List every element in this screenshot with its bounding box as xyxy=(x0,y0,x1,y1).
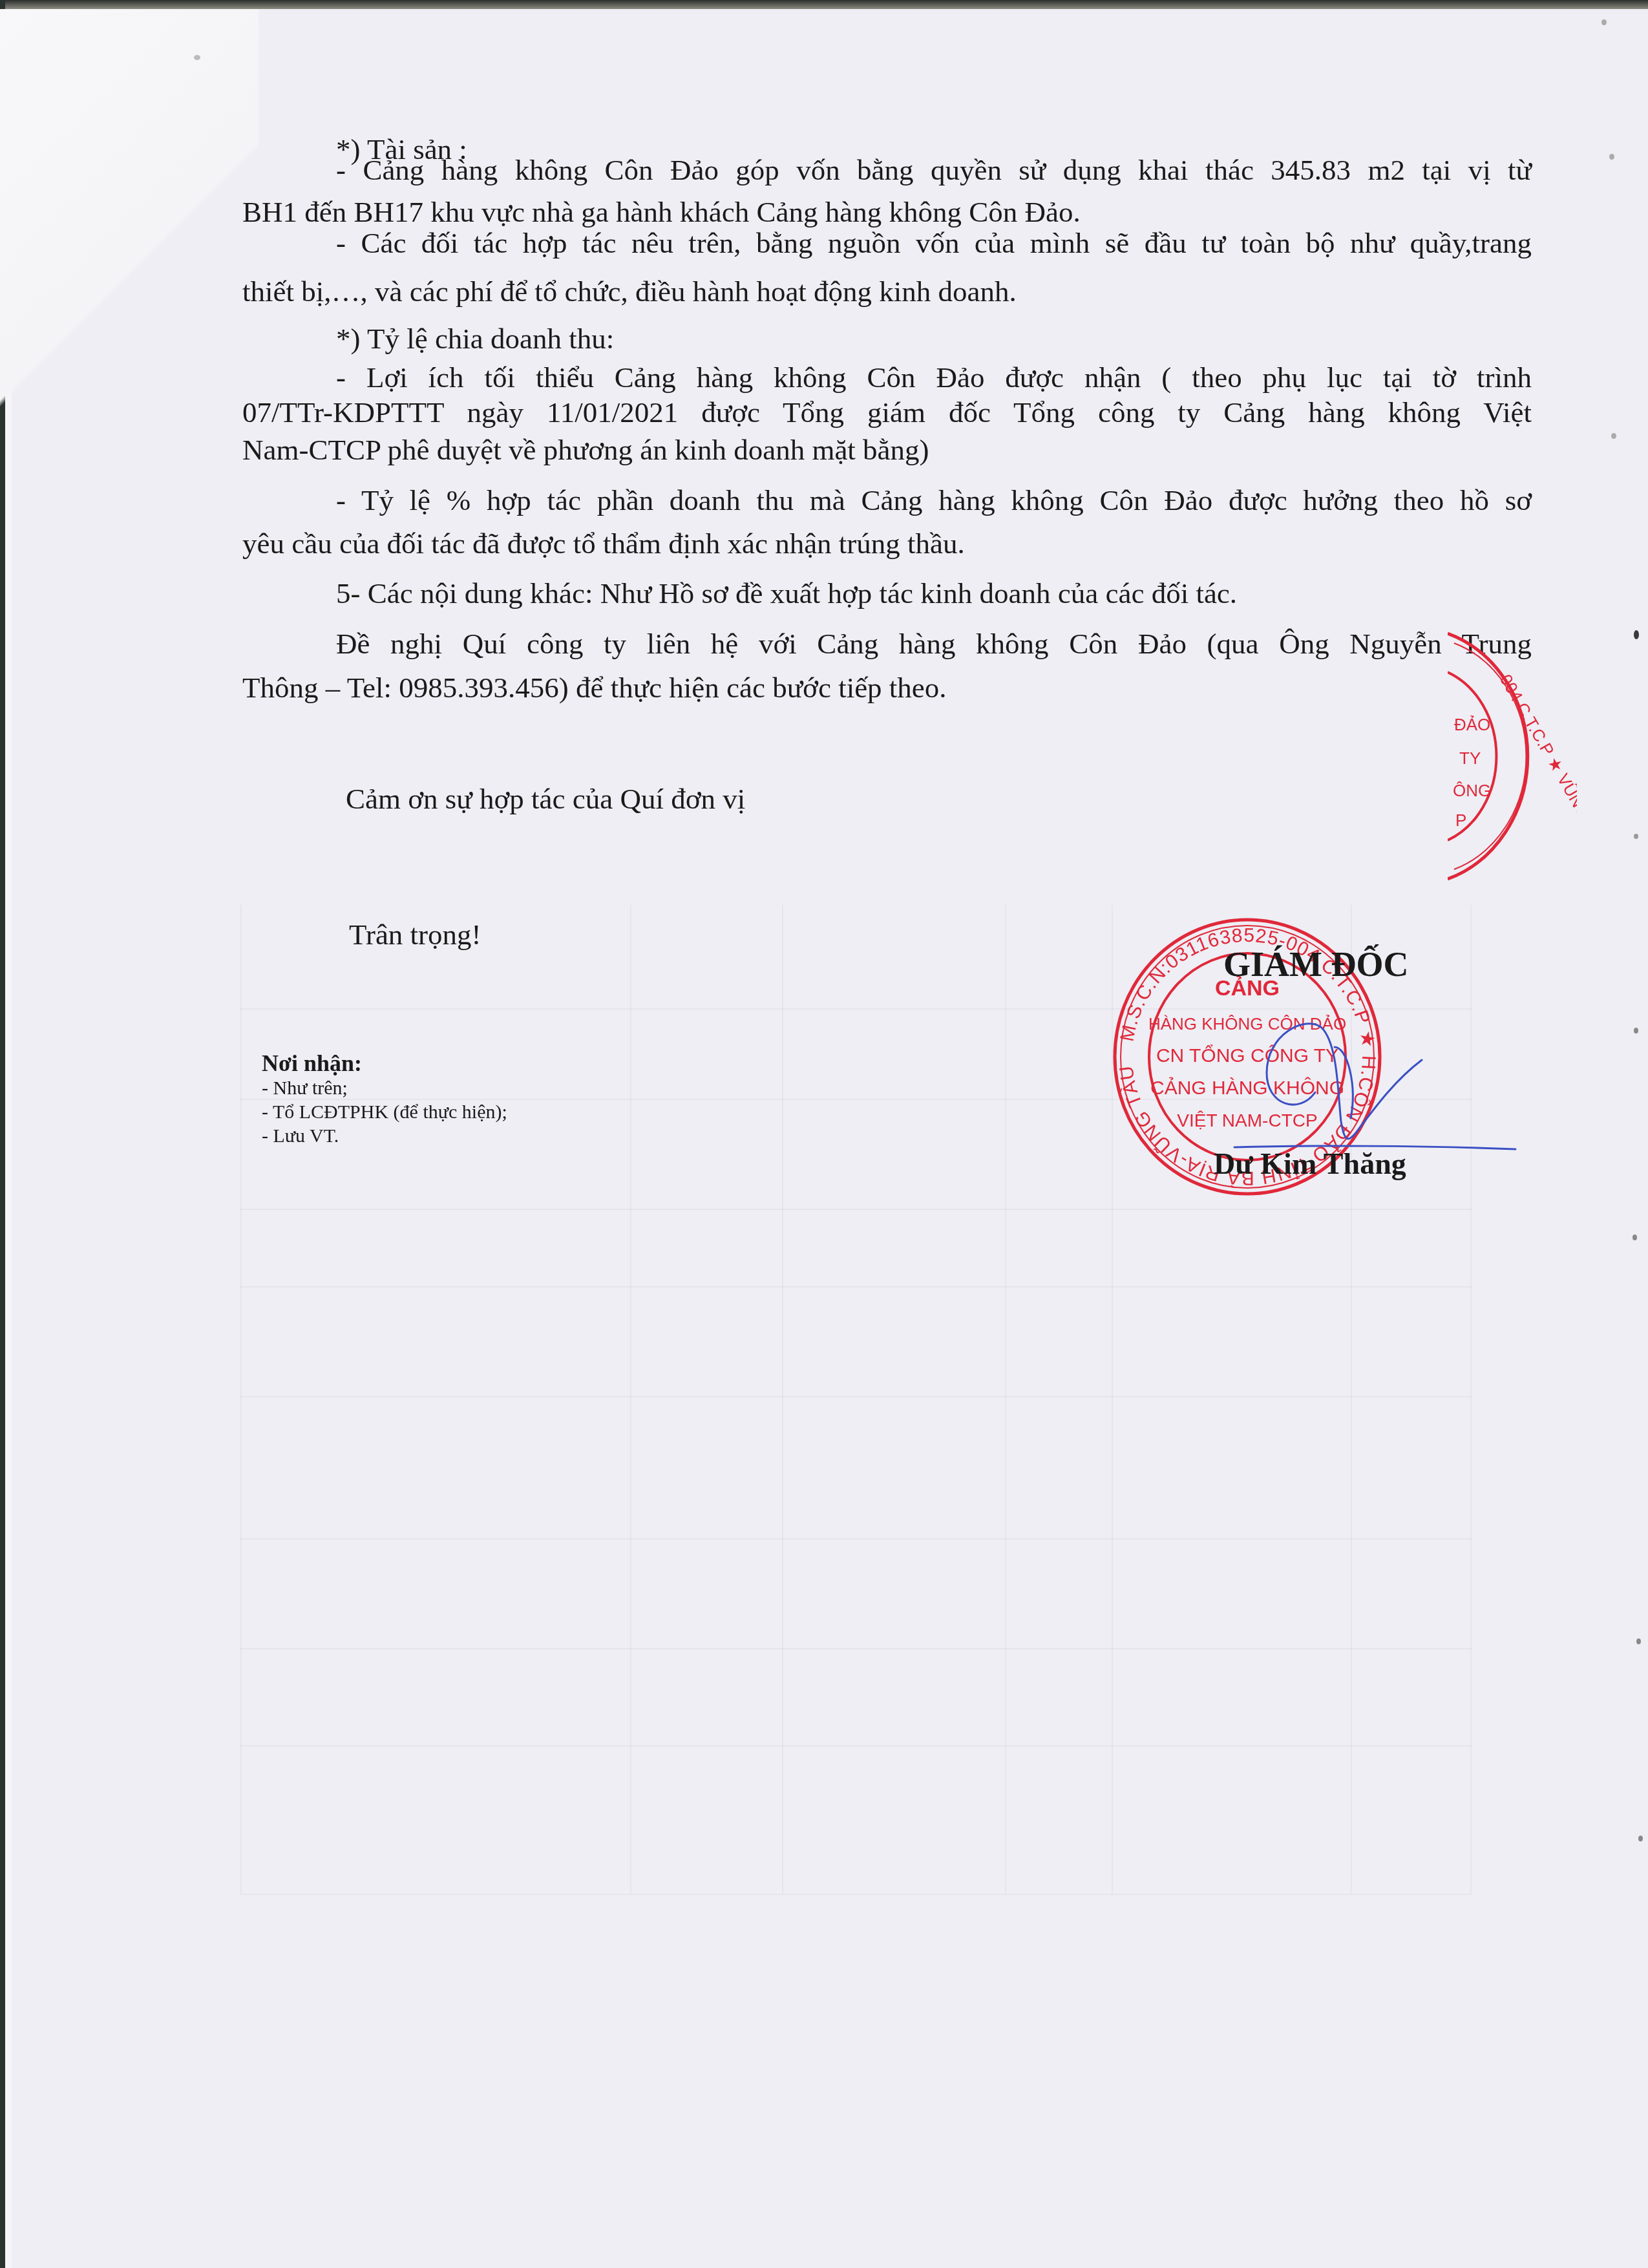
recipient-item: - Lưu VT. xyxy=(262,1124,507,1148)
seal-fragment: TY xyxy=(1459,748,1481,768)
scan-speck xyxy=(1601,19,1607,25)
scan-speck xyxy=(1634,630,1639,639)
scan-speck xyxy=(194,55,200,60)
assets-item-2-line-1: - Các đối tác hợp tác nêu trên, bằng ngu… xyxy=(336,226,1532,260)
paper-fold-shadow xyxy=(0,9,259,461)
scan-speck xyxy=(1611,433,1616,439)
revenue-item-1-line-2: 07/TTr-KDPTTT ngày 11/01/2021 được Tổng … xyxy=(242,396,1532,429)
scan-speck xyxy=(1634,1028,1638,1033)
assets-item-1-line-1: - Cảng hàng không Côn Đảo góp vốn bằng q… xyxy=(336,153,1532,187)
signatory-name: Dư Kim Thăng xyxy=(1214,1147,1406,1181)
scan-speck xyxy=(1609,154,1614,160)
other-content: 5- Các nội dung khác: Như Hồ sơ đề xuất … xyxy=(336,577,1237,610)
revenue-item-1-line-3: Nam-CTCP phê duyệt về phương án kinh doa… xyxy=(242,433,929,467)
recipient-item: - Như trên; xyxy=(262,1076,507,1100)
assets-item-2-line-2: thiết bị,…, và các phí để tổ chức, điều … xyxy=(242,275,1017,308)
request-line-1: Đề nghị Quí công ty liên hệ với Cảng hàn… xyxy=(336,627,1532,661)
scan-speck xyxy=(1632,1235,1637,1240)
recipient-item: - Tổ LCĐTPHK (để thực hiện); xyxy=(262,1100,507,1124)
scan-speck xyxy=(1638,1836,1643,1841)
handwritten-signature xyxy=(1228,1008,1525,1163)
thanks-line: Cảm ơn sự hợp tác của Quí đơn vị xyxy=(346,782,745,816)
request-line-2: Thông – Tel: 0985.393.456) để thực hiện … xyxy=(242,671,947,705)
page-seal-stamp: 004 C.T.C.P ★ VŨNG TÀU ĐẢO TY ÔNG P xyxy=(1448,620,1577,892)
assets-item-1-line-2: BH1 đến BH17 khu vực nhà ga hành khách C… xyxy=(242,195,1081,229)
seal-fragment: ÔNG xyxy=(1453,781,1491,800)
seal-fragment: P xyxy=(1455,811,1466,830)
revenue-item-1-line-1: - Lợi ích tối thiểu Cảng hàng không Côn … xyxy=(336,361,1532,394)
closing-line: Trân trọng! xyxy=(349,918,481,951)
recipients-block: Nơi nhận: - Như trên; - Tổ LCĐTPHK (để t… xyxy=(262,1050,507,1148)
revenue-item-2-line-1: - Tỷ lệ % hợp tác phần doanh thu mà Cảng… xyxy=(336,483,1532,517)
scan-speck xyxy=(1634,834,1638,839)
recipients-title: Nơi nhận: xyxy=(262,1050,507,1076)
scan-edge-top xyxy=(0,0,1648,9)
seal-fragment: ĐẢO xyxy=(1454,715,1490,734)
scan-speck xyxy=(1636,1638,1641,1644)
revenue-heading: *) Tỷ lệ chia doanh thu: xyxy=(336,322,614,355)
revenue-item-2-line-2: yêu cầu của đối tác đã được tổ thẩm định… xyxy=(242,527,965,560)
signatory-title: GIÁM ĐỐC xyxy=(1223,945,1408,984)
